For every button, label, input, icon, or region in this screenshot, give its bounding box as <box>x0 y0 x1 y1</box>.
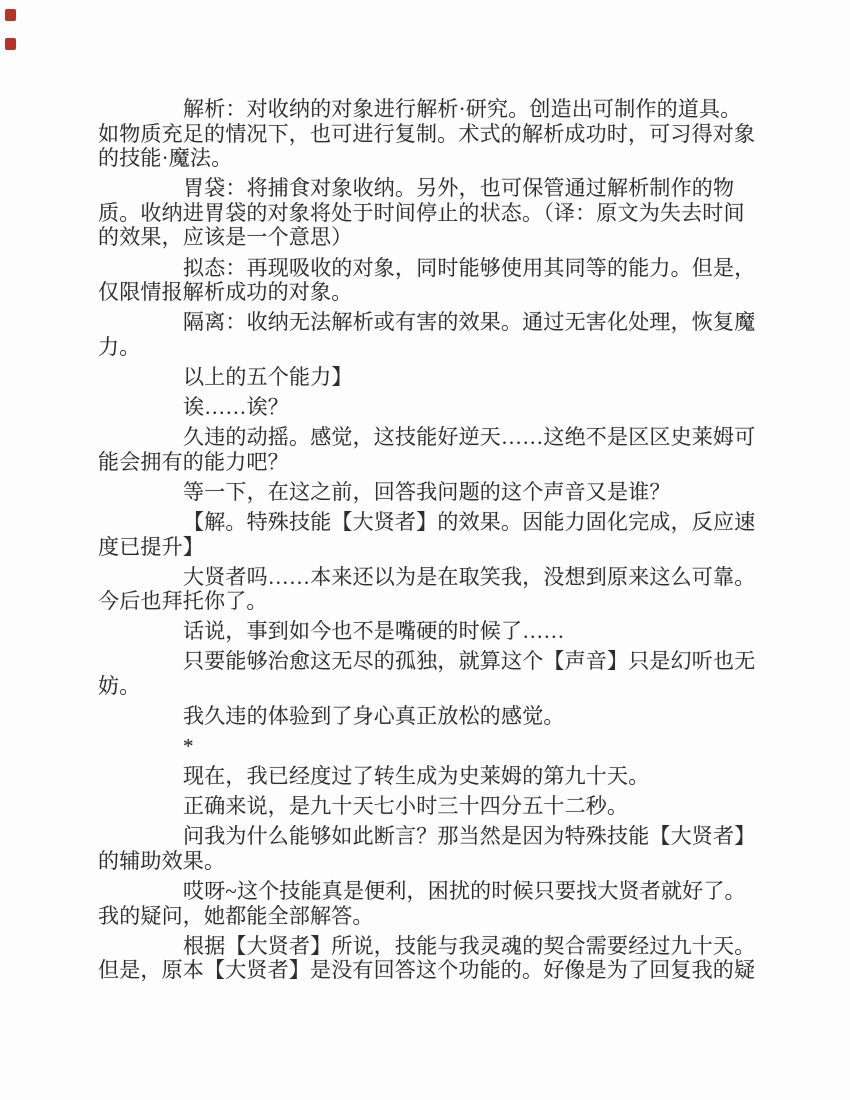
paragraph: 胃袋：将捕食对象收纳。另外，也可保管通过解析制作的物质。收纳进胃袋的对象将处于时… <box>98 176 758 250</box>
text-line: 今后也拜托你了。 <box>98 589 758 614</box>
text-line: 话说，事到如今也不是嘴硬的时候了…… <box>98 619 758 644</box>
paragraph: 现在，我已经度过了转生成为史莱姆的第九十天。 <box>98 764 758 789</box>
paragraph: 等一下，在这之前，回答我问题的这个声音又是谁？ <box>98 480 758 505</box>
paragraph: 久违的动摇。感觉，这技能好逆天……这绝不是区区史莱姆可能会拥有的能力吧？ <box>98 425 758 474</box>
document-page: 解析：对收纳的对象进行解析·研究。创造出可制作的道具。如物质充足的情况下，也可进… <box>0 0 850 1100</box>
paragraph: 根据【大贤者】所说，技能与我灵魂的契合需要经过九十天。但是，原本【大贤者】是没有… <box>98 934 758 983</box>
red-corner-mark-icon <box>5 9 16 21</box>
text-line: 我久违的体验到了身心真正放松的感觉。 <box>98 704 758 729</box>
text-line: 【解。特殊技能【大贤者】的效果。因能力固化完成，反应速 <box>98 510 758 535</box>
paragraph: 隔离：收纳无法解析或有害的效果。通过无害化处理，恢复魔力。 <box>98 310 758 359</box>
paragraph: 诶……诶？ <box>98 395 758 420</box>
text-line: 妨。 <box>98 674 758 699</box>
text-line: 质。收纳进胃袋的对象将处于时间停止的状态。（译：原文为失去时间 <box>98 201 758 226</box>
paragraph: 大贤者吗……本来还以为是在取笑我，没想到原来这么可靠。今后也拜托你了。 <box>98 565 758 614</box>
text-line: 如物质充足的情况下，也可进行复制。术式的解析成功时，可习得对象 <box>98 122 758 147</box>
paragraph: 以上的五个能力】 <box>98 365 758 390</box>
text-line: 根据【大贤者】所说，技能与我灵魂的契合需要经过九十天。 <box>98 934 758 959</box>
paragraph: 我久违的体验到了身心真正放松的感觉。 <box>98 704 758 729</box>
text-line: 仅限情报解析成功的对象。 <box>98 280 758 305</box>
paragraph: 【解。特殊技能【大贤者】的效果。因能力固化完成，反应速度已提升】 <box>98 510 758 559</box>
text-line: 的效果，应该是一个意思） <box>98 225 758 250</box>
text-line: 能会拥有的能力吧？ <box>98 450 758 475</box>
text-line: 解析：对收纳的对象进行解析·研究。创造出可制作的道具。 <box>98 97 758 122</box>
text-line: 力。 <box>98 335 758 360</box>
paragraph: 正确来说，是九十天七小时三十四分五十二秒。 <box>98 794 758 819</box>
text-line: 等一下，在这之前，回答我问题的这个声音又是谁？ <box>98 480 758 505</box>
text-line: 隔离：收纳无法解析或有害的效果。通过无害化处理，恢复魔 <box>98 310 758 335</box>
text-line: 正确来说，是九十天七小时三十四分五十二秒。 <box>98 794 758 819</box>
text-line: 哎呀~这个技能真是便利，困扰的时候只要找大贤者就好了。 <box>98 879 758 904</box>
text-line: 问我为什么能够如此断言？那当然是因为特殊技能【大贤者】 <box>98 824 758 849</box>
text-line: * <box>98 734 758 759</box>
text-line: 只要能够治愈这无尽的孤独，就算这个【声音】只是幻听也无 <box>98 649 758 674</box>
paragraph: 话说，事到如今也不是嘴硬的时候了…… <box>98 619 758 644</box>
text-line: 但是，原本【大贤者】是没有回答这个功能的。好像是为了回复我的疑 <box>98 958 758 983</box>
red-corner-mark-icon <box>5 38 16 50</box>
paragraph: 只要能够治愈这无尽的孤独，就算这个【声音】只是幻听也无妨。 <box>98 649 758 698</box>
paragraph: 问我为什么能够如此断言？那当然是因为特殊技能【大贤者】的辅助效果。 <box>98 824 758 873</box>
text-line: 我的疑问，她都能全部解答。 <box>98 904 758 929</box>
text-line: 拟态：再现吸收的对象，同时能够使用其同等的能力。但是， <box>98 256 758 281</box>
text-line: 的技能·魔法。 <box>98 146 758 171</box>
text-line: 现在，我已经度过了转生成为史莱姆的第九十天。 <box>98 764 758 789</box>
paragraph: 哎呀~这个技能真是便利，困扰的时候只要找大贤者就好了。我的疑问，她都能全部解答。 <box>98 879 758 928</box>
text-line: 度已提升】 <box>98 535 758 560</box>
text-line: 以上的五个能力】 <box>98 365 758 390</box>
text-line: 诶……诶？ <box>98 395 758 420</box>
paragraph: * <box>98 734 758 759</box>
paragraph: 拟态：再现吸收的对象，同时能够使用其同等的能力。但是，仅限情报解析成功的对象。 <box>98 256 758 305</box>
text-content: 解析：对收纳的对象进行解析·研究。创造出可制作的道具。如物质充足的情况下，也可进… <box>98 97 758 983</box>
paragraph: 解析：对收纳的对象进行解析·研究。创造出可制作的道具。如物质充足的情况下，也可进… <box>98 97 758 171</box>
text-line: 胃袋：将捕食对象收纳。另外，也可保管通过解析制作的物 <box>98 176 758 201</box>
text-line: 大贤者吗……本来还以为是在取笑我，没想到原来这么可靠。 <box>98 565 758 590</box>
text-line: 的辅助效果。 <box>98 849 758 874</box>
text-line: 久违的动摇。感觉，这技能好逆天……这绝不是区区史莱姆可 <box>98 425 758 450</box>
